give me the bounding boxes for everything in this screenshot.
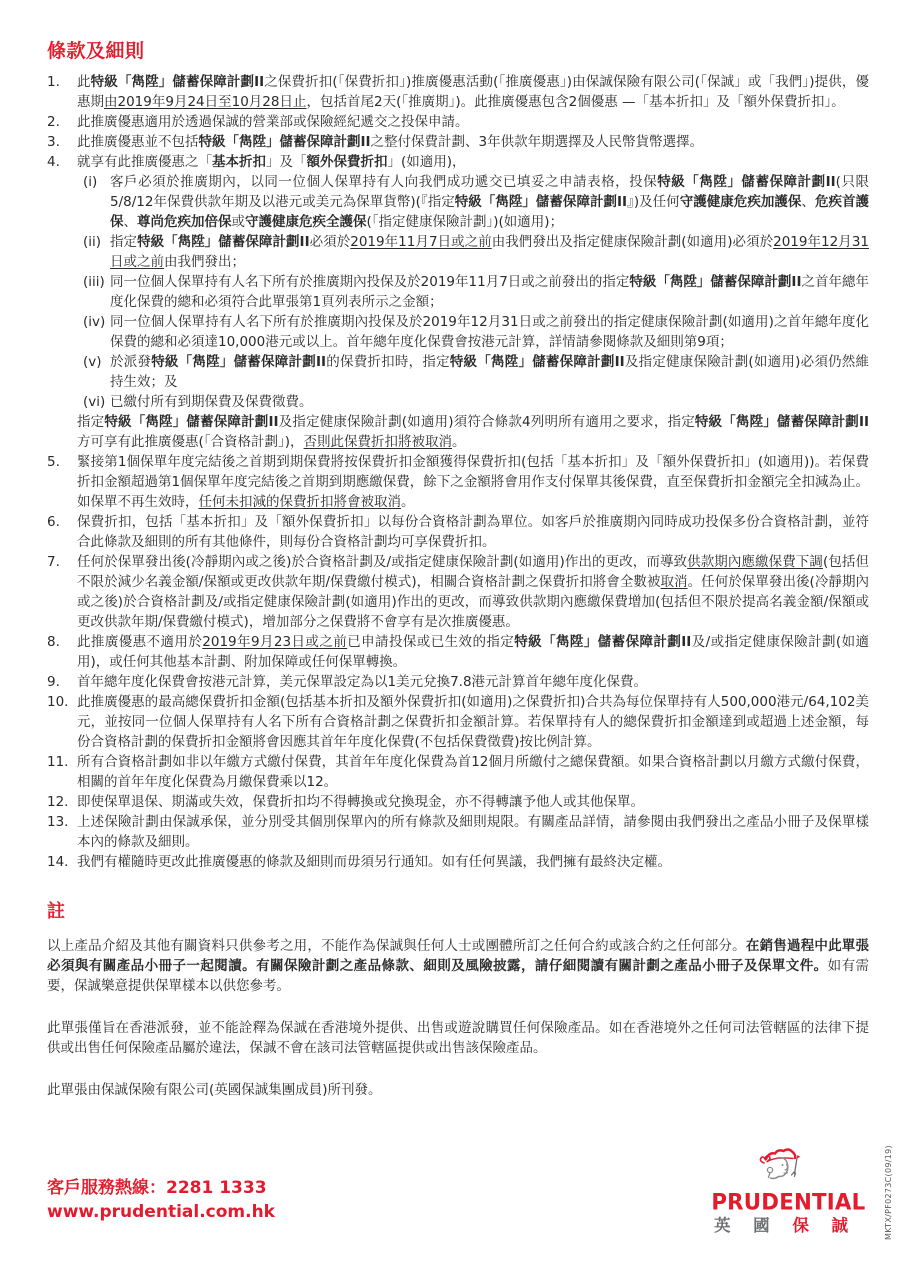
term-text: 此推廣優惠不適用於2019年9月23日或之前已申請投保或已生效的指定特級「雋陞」… bbox=[77, 632, 869, 672]
term-number: 6. bbox=[47, 512, 77, 552]
footer-contact: 客戶服務熱線：2281 1333 www.prudential.com.hk bbox=[47, 1176, 275, 1224]
term-subitem: (iii)同一位個人保單持有人名下所有於推廣期內投保及於2019年11月7日或之… bbox=[83, 272, 869, 312]
subitem-number: (ii) bbox=[83, 232, 110, 272]
document-page: 條款及細則 1.此特級「雋陞」儲蓄保障計劃II之保費折扣(「保費折扣」)推廣優惠… bbox=[0, 0, 900, 1273]
term-number: 13. bbox=[47, 812, 77, 852]
logo-chinese-char: 保 bbox=[792, 1216, 809, 1236]
note-paragraph: 以上產品介紹及其他有關資料只供參考之用，不能作為保誠與任何人士或團體所訂之任何合… bbox=[47, 936, 869, 996]
term-text: 即使保單退保、期滿或失效，保費折扣均不得轉換或兌換現金，亦不得轉讓予他人或其他保… bbox=[77, 792, 869, 812]
logo-chinese-char: 國 bbox=[753, 1216, 770, 1236]
subitem-number: (i) bbox=[83, 172, 110, 232]
term-number: 1. bbox=[47, 72, 77, 112]
term-subitem: (v)於派發特級「雋陞」儲蓄保障計劃II的保費折扣時，指定特級「雋陞」儲蓄保障計… bbox=[83, 352, 869, 392]
term-item: 6.保費折扣，包括「基本折扣」及「額外保費折扣」以每份合資格計劃為單位。如客戶於… bbox=[47, 512, 869, 552]
term-subitem: (ii)指定特級「雋陞」儲蓄保障計劃II必須於2019年11月7日或之前由我們發… bbox=[83, 232, 869, 272]
term-number: 2. bbox=[47, 112, 77, 132]
term-text: 所有合資格計劃如非以年繳方式繳付保費，其首年年度化保費為首12個月所繳付之總保費… bbox=[77, 752, 869, 792]
term-text: 我們有權隨時更改此推廣優惠的條款及細則而毋須另行通知。如有任何異議，我們擁有最終… bbox=[77, 852, 869, 872]
term-subitem: (iv)同一位個人保單持有人名下所有於推廣期內投保及於2019年12月31日或之… bbox=[83, 312, 869, 352]
note-paragraphs: 以上產品介紹及其他有關資料只供參考之用，不能作為保誠與任何人士或團體所訂之任何合… bbox=[47, 936, 869, 1100]
term-item: 2.此推廣優惠適用於透過保誠的營業部或保險經紀遞交之投保申請。 bbox=[47, 112, 869, 132]
logo-wordmark: PRUDENTIAL bbox=[711, 1190, 850, 1214]
term-number: 9. bbox=[47, 672, 77, 692]
note-title: 註 bbox=[47, 897, 869, 923]
term-text: 此推廣優惠的最高總保費折扣金額(包括基本折扣及額外保費折扣(如適用)之保費折扣)… bbox=[77, 692, 869, 752]
note-paragraph: 此單張由保誠保險有限公司(英國保誠集團成員)所刊發。 bbox=[47, 1080, 869, 1100]
term-number: 10. bbox=[47, 692, 77, 752]
term-item: 14.我們有權隨時更改此推廣優惠的條款及細則而毋須另行通知。如有任何異議，我們擁… bbox=[47, 852, 869, 872]
website-link[interactable]: www.prudential.com.hk bbox=[47, 1200, 275, 1224]
term-number: 11. bbox=[47, 752, 77, 792]
term-item: 9.首年總年度化保費會按港元計算，美元保單設定為以1美元兌換7.8港元計算首年總… bbox=[47, 672, 869, 692]
subitem-number: (iv) bbox=[83, 312, 110, 352]
term-item: 3.此推廣優惠並不包括特級「雋陞」儲蓄保障計劃II之整付保費計劃、3年供款年期選… bbox=[47, 132, 869, 152]
hotline-label: 客戶服務熱線： bbox=[47, 1178, 166, 1198]
term-item: 11.所有合資格計劃如非以年繳方式繳付保費，其首年年度化保費為首12個月所繳付之… bbox=[47, 752, 869, 792]
logo-chinese-char: 誠 bbox=[831, 1216, 848, 1236]
subitem-text: 同一位個人保單持有人名下所有於推廣期內投保及於2019年12月31日或之前發出的… bbox=[110, 312, 869, 352]
term-item: 5.緊接第1個保單年度完結後之首期到期保費將按保費折扣金額獲得保費折扣(包括「基… bbox=[47, 452, 869, 512]
term-number: 12. bbox=[47, 792, 77, 812]
term-number: 14. bbox=[47, 852, 77, 872]
term-text: 上述保險計劃由保誠承保，並分別受其個別保單內的所有條款及細則規限。有關產品詳情，… bbox=[77, 812, 869, 852]
subitem-text: 於派發特級「雋陞」儲蓄保障計劃II的保費折扣時，指定特級「雋陞」儲蓄保障計劃II… bbox=[110, 352, 869, 392]
customer-hotline: 客戶服務熱線：2281 1333 bbox=[47, 1176, 275, 1200]
term-number: 8. bbox=[47, 632, 77, 672]
terms-content: 條款及細則 1.此特級「雋陞」儲蓄保障計劃II之保費折扣(「保費折扣」)推廣優惠… bbox=[47, 36, 869, 1122]
term-text: 任何於保單發出後(冷靜期內或之後)於合資格計劃及/或指定健康保險計劃(如適用)作… bbox=[77, 552, 869, 632]
logo-chinese-char: 英 bbox=[714, 1216, 731, 1236]
term-subitem: (vi)已繳付所有到期保費及保費徵費。 bbox=[83, 392, 869, 412]
terms-list: 1.此特級「雋陞」儲蓄保障計劃II之保費折扣(「保費折扣」)推廣優惠活動(「推廣… bbox=[47, 72, 869, 872]
term-subitem: (i)客戶必須於推廣期內，以同一位個人保單持有人向我們成功遞交已填妥之申請表格，… bbox=[83, 172, 869, 232]
term-text: 保費折扣，包括「基本折扣」及「額外保費折扣」以每份合資格計劃為單位。如客戶於推廣… bbox=[77, 512, 869, 552]
logo-chinese: 英國保誠 bbox=[714, 1216, 848, 1236]
term-text: 此推廣優惠適用於透過保誠的營業部或保險經紀遞交之投保申請。 bbox=[77, 112, 869, 132]
note-paragraph: 此單張僅旨在香港派發，並不能詮釋為保誠在香港境外提供、出售或遊說購買任何保險產品… bbox=[47, 1018, 869, 1058]
term-number: 4. bbox=[47, 152, 77, 452]
term-item: 7.任何於保單發出後(冷靜期內或之後)於合資格計劃及/或指定健康保險計劃(如適用… bbox=[47, 552, 869, 632]
term-item: 1.此特級「雋陞」儲蓄保障計劃II之保費折扣(「保費折扣」)推廣優惠活動(「推廣… bbox=[47, 72, 869, 112]
hotline-number: 2281 1333 bbox=[166, 1178, 267, 1198]
prudential-logo: PRUDENTIAL 英國保誠 bbox=[714, 1146, 848, 1236]
term-item: 8.此推廣優惠不適用於2019年9月23日或之前已申請投保或已生效的指定特級「雋… bbox=[47, 632, 869, 672]
term-item: 10.此推廣優惠的最高總保費折扣金額(包括基本折扣及額外保費折扣(如適用)之保費… bbox=[47, 692, 869, 752]
subitem-number: (iii) bbox=[83, 272, 110, 312]
subitem-number: (v) bbox=[83, 352, 110, 392]
subitem-text: 指定特級「雋陞」儲蓄保障計劃II必須於2019年11月7日或之前由我們發出及指定… bbox=[110, 232, 869, 272]
subitem-text: 同一位個人保單持有人名下所有於推廣期內投保及於2019年11月7日或之前發出的指… bbox=[110, 272, 869, 312]
subitem-text: 客戶必須於推廣期內，以同一位個人保單持有人向我們成功遞交已填妥之申請表格，投保特… bbox=[110, 172, 869, 232]
term-closing-text: 指定特級「雋陞」儲蓄保障計劃II及指定健康保險計劃(如適用)須符合條款4列明所有… bbox=[77, 412, 869, 452]
term-number: 3. bbox=[47, 132, 77, 152]
document-code: MKTX/PF0273C(09/19) bbox=[884, 1150, 893, 1240]
term-number: 5. bbox=[47, 452, 77, 512]
term-text: 緊接第1個保單年度完結後之首期到期保費將按保費折扣金額獲得保費折扣(包括「基本折… bbox=[77, 452, 869, 512]
term-text: 首年總年度化保費會按港元計算，美元保單設定為以1美元兌換7.8港元計算首年總年度… bbox=[77, 672, 869, 692]
term-text: 就享有此推廣優惠之「基本折扣」及「額外保費折扣」(如適用)， bbox=[77, 152, 869, 172]
subitem-text: 已繳付所有到期保費及保費徵費。 bbox=[110, 392, 869, 412]
term-item: 4.就享有此推廣優惠之「基本折扣」及「額外保費折扣」(如適用)，(i)客戶必須於… bbox=[47, 152, 869, 452]
term-item: 12.即使保單退保、期滿或失效，保費折扣均不得轉換或兌換現金，亦不得轉讓予他人或… bbox=[47, 792, 869, 812]
prudence-face-icon bbox=[755, 1146, 807, 1190]
terms-title: 條款及細則 bbox=[47, 36, 869, 63]
term-number: 7. bbox=[47, 552, 77, 632]
term-text: 此特級「雋陞」儲蓄保障計劃II之保費折扣(「保費折扣」)推廣優惠活動(「推廣優惠… bbox=[77, 72, 869, 112]
term-item: 13.上述保險計劃由保誠承保，並分別受其個別保單內的所有條款及細則規限。有關產品… bbox=[47, 812, 869, 852]
term-text: 此推廣優惠並不包括特級「雋陞」儲蓄保障計劃II之整付保費計劃、3年供款年期選擇及… bbox=[77, 132, 869, 152]
subitem-number: (vi) bbox=[83, 392, 110, 412]
